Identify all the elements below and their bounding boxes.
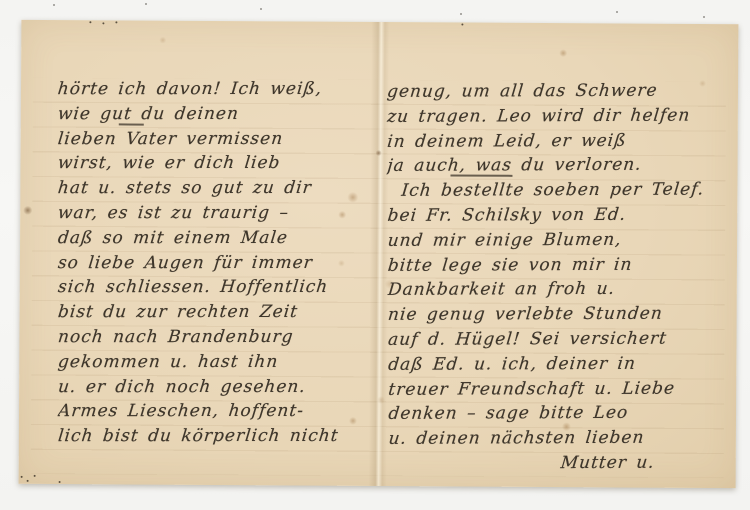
ink-speck — [34, 475, 36, 477]
handwriting-line: u. er dich noch gesehen. — [57, 374, 386, 399]
ink-speck — [115, 21, 117, 23]
handwriting-line: daß so mit einem Male — [57, 226, 386, 251]
handwriting-line: lich bist du körperlich nicht — [57, 424, 386, 449]
letter-sheet: hörte ich davon! Ich weiß, wie gut du de… — [19, 20, 739, 488]
handwriting-line: ja auch, was du verloren. — [386, 153, 732, 179]
scan-surface: hörte ich davon! Ich weiß, wie gut du de… — [0, 0, 750, 510]
handwriting-line: und mir einige Blumen, — [386, 227, 732, 253]
handwriting-line: auf d. Hügel! Sei versichert — [387, 326, 733, 352]
ink-speck — [102, 22, 104, 24]
ink-speck — [59, 481, 61, 483]
handwriting-line: so liebe Augen für immer — [57, 250, 386, 275]
handwriting-line: u. deinen nächsten lieben — [387, 426, 733, 452]
handwriting-line: zu tragen. Leo wird dir helfen — [386, 103, 732, 129]
handwriting-line: hörte ich davon! Ich weiß, — [56, 77, 385, 102]
ink-speck — [461, 24, 463, 26]
underline-mark — [119, 123, 144, 125]
letter-page-right: genug, um all das Schwere zu tragen. Leo… — [387, 78, 733, 476]
signature-line: Mutter u. — [387, 450, 733, 476]
dust-speck — [616, 11, 618, 13]
handwriting-line: nie genug verlebte Stunden — [387, 302, 733, 328]
handwriting-line: Dankbarkeit an froh u. — [387, 277, 733, 303]
handwriting-line: denken – sage bitte Leo — [387, 401, 733, 427]
dust-speck — [460, 13, 462, 15]
ink-speck — [89, 21, 91, 23]
ink-speck — [21, 476, 23, 478]
foxing-spot — [159, 37, 166, 44]
handwriting-line: Ich bestellte soeben per Telef. — [386, 178, 732, 204]
dust-speck — [260, 8, 262, 10]
handwriting-line: bitte lege sie von mir in — [387, 252, 733, 278]
handwriting-line: genug, um all das Schwere — [386, 78, 732, 104]
handwriting-line: gekommen u. hast ihn — [57, 350, 386, 375]
handwriting-line: wirst, wie er dich lieb — [57, 151, 386, 176]
letter-page-left: hörte ich davon! Ich weiß, wie gut du de… — [58, 77, 384, 449]
handwriting-line: Armes Lieschen, hoffent- — [57, 399, 386, 424]
handwriting-line: bei Fr. Schilsky von Ed. — [386, 202, 732, 228]
handwriting-line: wie gut du deinen — [57, 102, 386, 127]
handwriting-line: bist du zur rechten Zeit — [57, 300, 386, 325]
handwriting-line: noch nach Brandenburg — [57, 325, 386, 350]
dust-speck — [53, 4, 55, 6]
handwriting-line: hat u. stets so gut zu dir — [57, 176, 386, 201]
ink-speck — [27, 480, 29, 482]
handwriting-line: in deinem Leid, er weiß — [386, 128, 732, 154]
handwriting-line: lieben Vater vermissen — [57, 126, 386, 151]
handwriting-line: sich schliessen. Hoffentlich — [57, 275, 386, 300]
handwriting-line: daß Ed. u. ich, deiner in — [387, 351, 733, 377]
foxing-spot — [559, 49, 567, 57]
handwriting-line: war, es ist zu traurig – — [57, 201, 386, 226]
foxing-spot — [23, 206, 32, 215]
handwriting-line: treuer Freundschaft u. Liebe — [387, 376, 733, 402]
dust-speck — [145, 3, 147, 5]
dust-speck — [703, 16, 705, 18]
